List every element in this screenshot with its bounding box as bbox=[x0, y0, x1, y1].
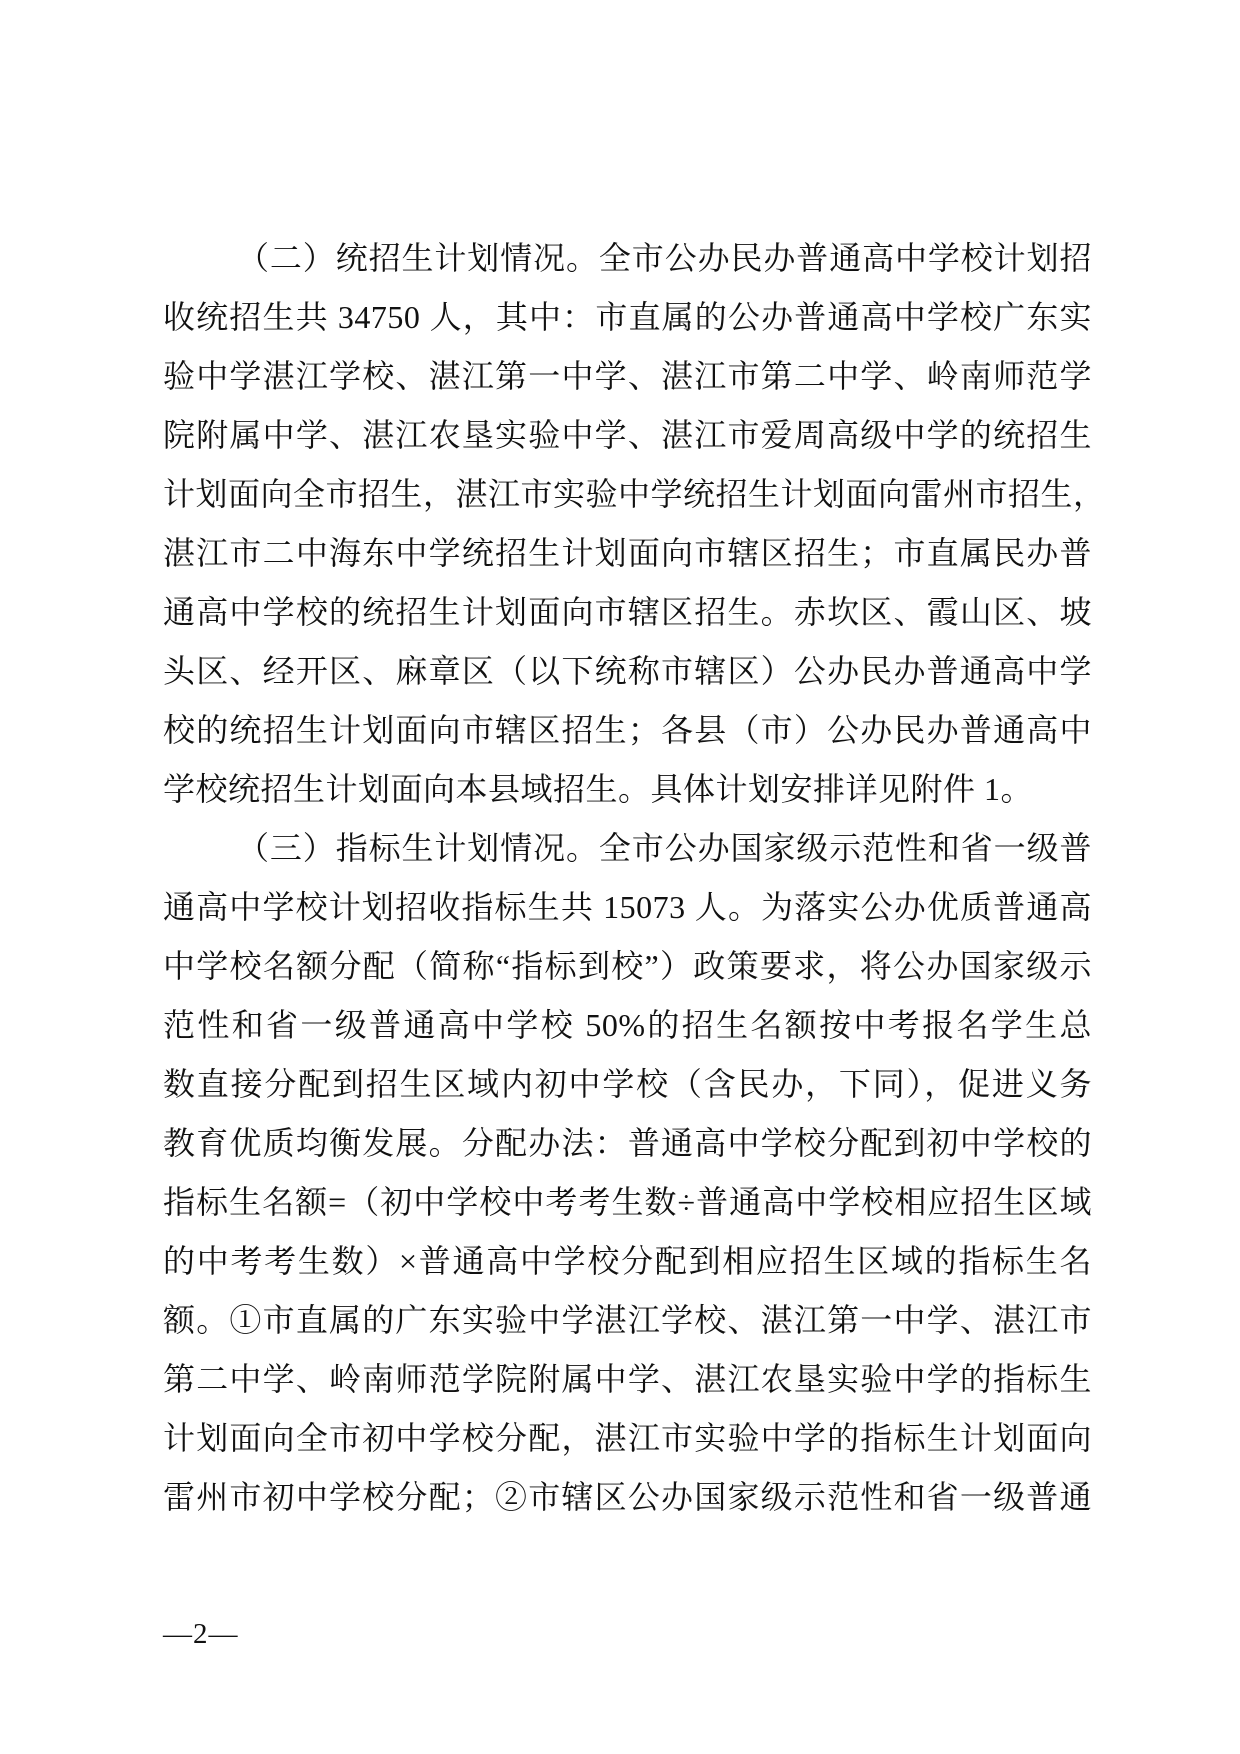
text-line: 校的统招生计划面向市辖区招生；各县（市）公办民办普通高中 bbox=[163, 701, 1092, 760]
text-line: 中学校名额分配（简称“指标到校”）政策要求，将公办国家级示 bbox=[163, 937, 1092, 996]
text-line: 收统招生共 34750 人，其中：市直属的公办普通高中学校广东实 bbox=[163, 288, 1092, 347]
text-line: 计划面向全市初中学校分配，湛江市实验中学的指标生计划面向 bbox=[163, 1409, 1092, 1468]
text-line: 数直接分配到招生区域内初中学校（含民办，下同），促进义务 bbox=[163, 1055, 1092, 1114]
text-line: 范性和省一级普通高中学校 50%的招生名额按中考报名学生总 bbox=[163, 996, 1092, 1055]
text-line: 学校统招生计划面向本县域招生。具体计划安排详见附件 1。 bbox=[163, 760, 1092, 819]
text-line: 湛江市二中海东中学统招生计划面向市辖区招生；市直属民办普 bbox=[163, 524, 1092, 583]
text-line: 第二中学、岭南师范学院附属中学、湛江农垦实验中学的指标生 bbox=[163, 1350, 1092, 1409]
text-line: 教育优质均衡发展。分配办法：普通高中学校分配到初中学校的 bbox=[163, 1114, 1092, 1173]
text-line: 计划面向全市招生，湛江市实验中学统招生计划面向雷州市招生， bbox=[163, 465, 1092, 524]
text-line: 指标生名额=（初中学校中考考生数÷普通高中学校相应招生区域 bbox=[163, 1173, 1092, 1232]
text-line: 验中学湛江学校、湛江第一中学、湛江市第二中学、岭南师范学 bbox=[163, 347, 1092, 406]
text-line: 通高中学校计划招收指标生共 15073 人。为落实公办优质普通高 bbox=[163, 878, 1092, 937]
text-line: 的中考考生数）×普通高中学校分配到相应招生区域的指标生名 bbox=[163, 1232, 1092, 1291]
text-line: 通高中学校的统招生计划面向市辖区招生。赤坎区、霞山区、坡 bbox=[163, 583, 1092, 642]
text-line: 额。①市直属的广东实验中学湛江学校、湛江第一中学、湛江市 bbox=[163, 1291, 1092, 1350]
page-number: —2— bbox=[163, 1616, 239, 1652]
text-line: （二）统招生计划情况。全市公办民办普通高中学校计划招 bbox=[163, 229, 1092, 288]
document-page: （二）统招生计划情况。全市公办民办普通高中学校计划招 收统招生共 34750 人… bbox=[0, 0, 1240, 1754]
text-line: 院附属中学、湛江农垦实验中学、湛江市爱周高级中学的统招生 bbox=[163, 406, 1092, 465]
text-line: 头区、经开区、麻章区（以下统称市辖区）公办民办普通高中学 bbox=[163, 642, 1092, 701]
document-body: （二）统招生计划情况。全市公办民办普通高中学校计划招 收统招生共 34750 人… bbox=[163, 229, 1092, 1527]
text-line: 雷州市初中学校分配；②市辖区公办国家级示范性和省一级普通 bbox=[163, 1468, 1092, 1527]
text-line: （三）指标生计划情况。全市公办国家级示范性和省一级普 bbox=[163, 819, 1092, 878]
